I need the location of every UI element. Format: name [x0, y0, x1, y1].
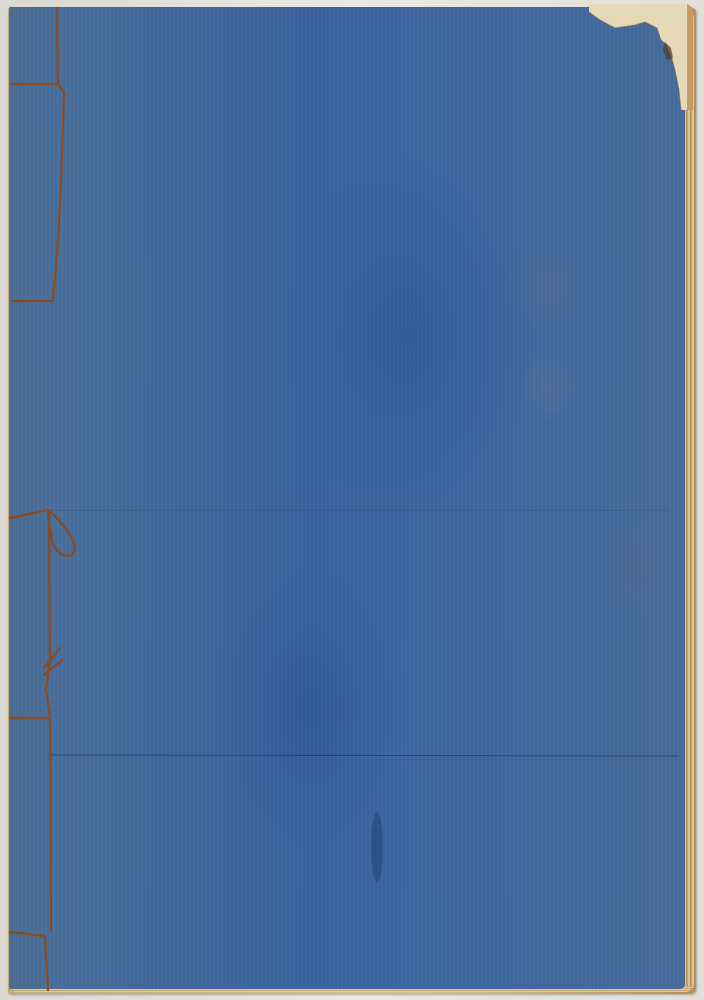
book-cover [9, 7, 685, 989]
torn-corner [575, 0, 696, 110]
dark-streak [371, 812, 383, 882]
spine-shade [9, 7, 59, 989]
fold-line-upper [49, 510, 669, 511]
fold-line-lower [49, 754, 679, 756]
